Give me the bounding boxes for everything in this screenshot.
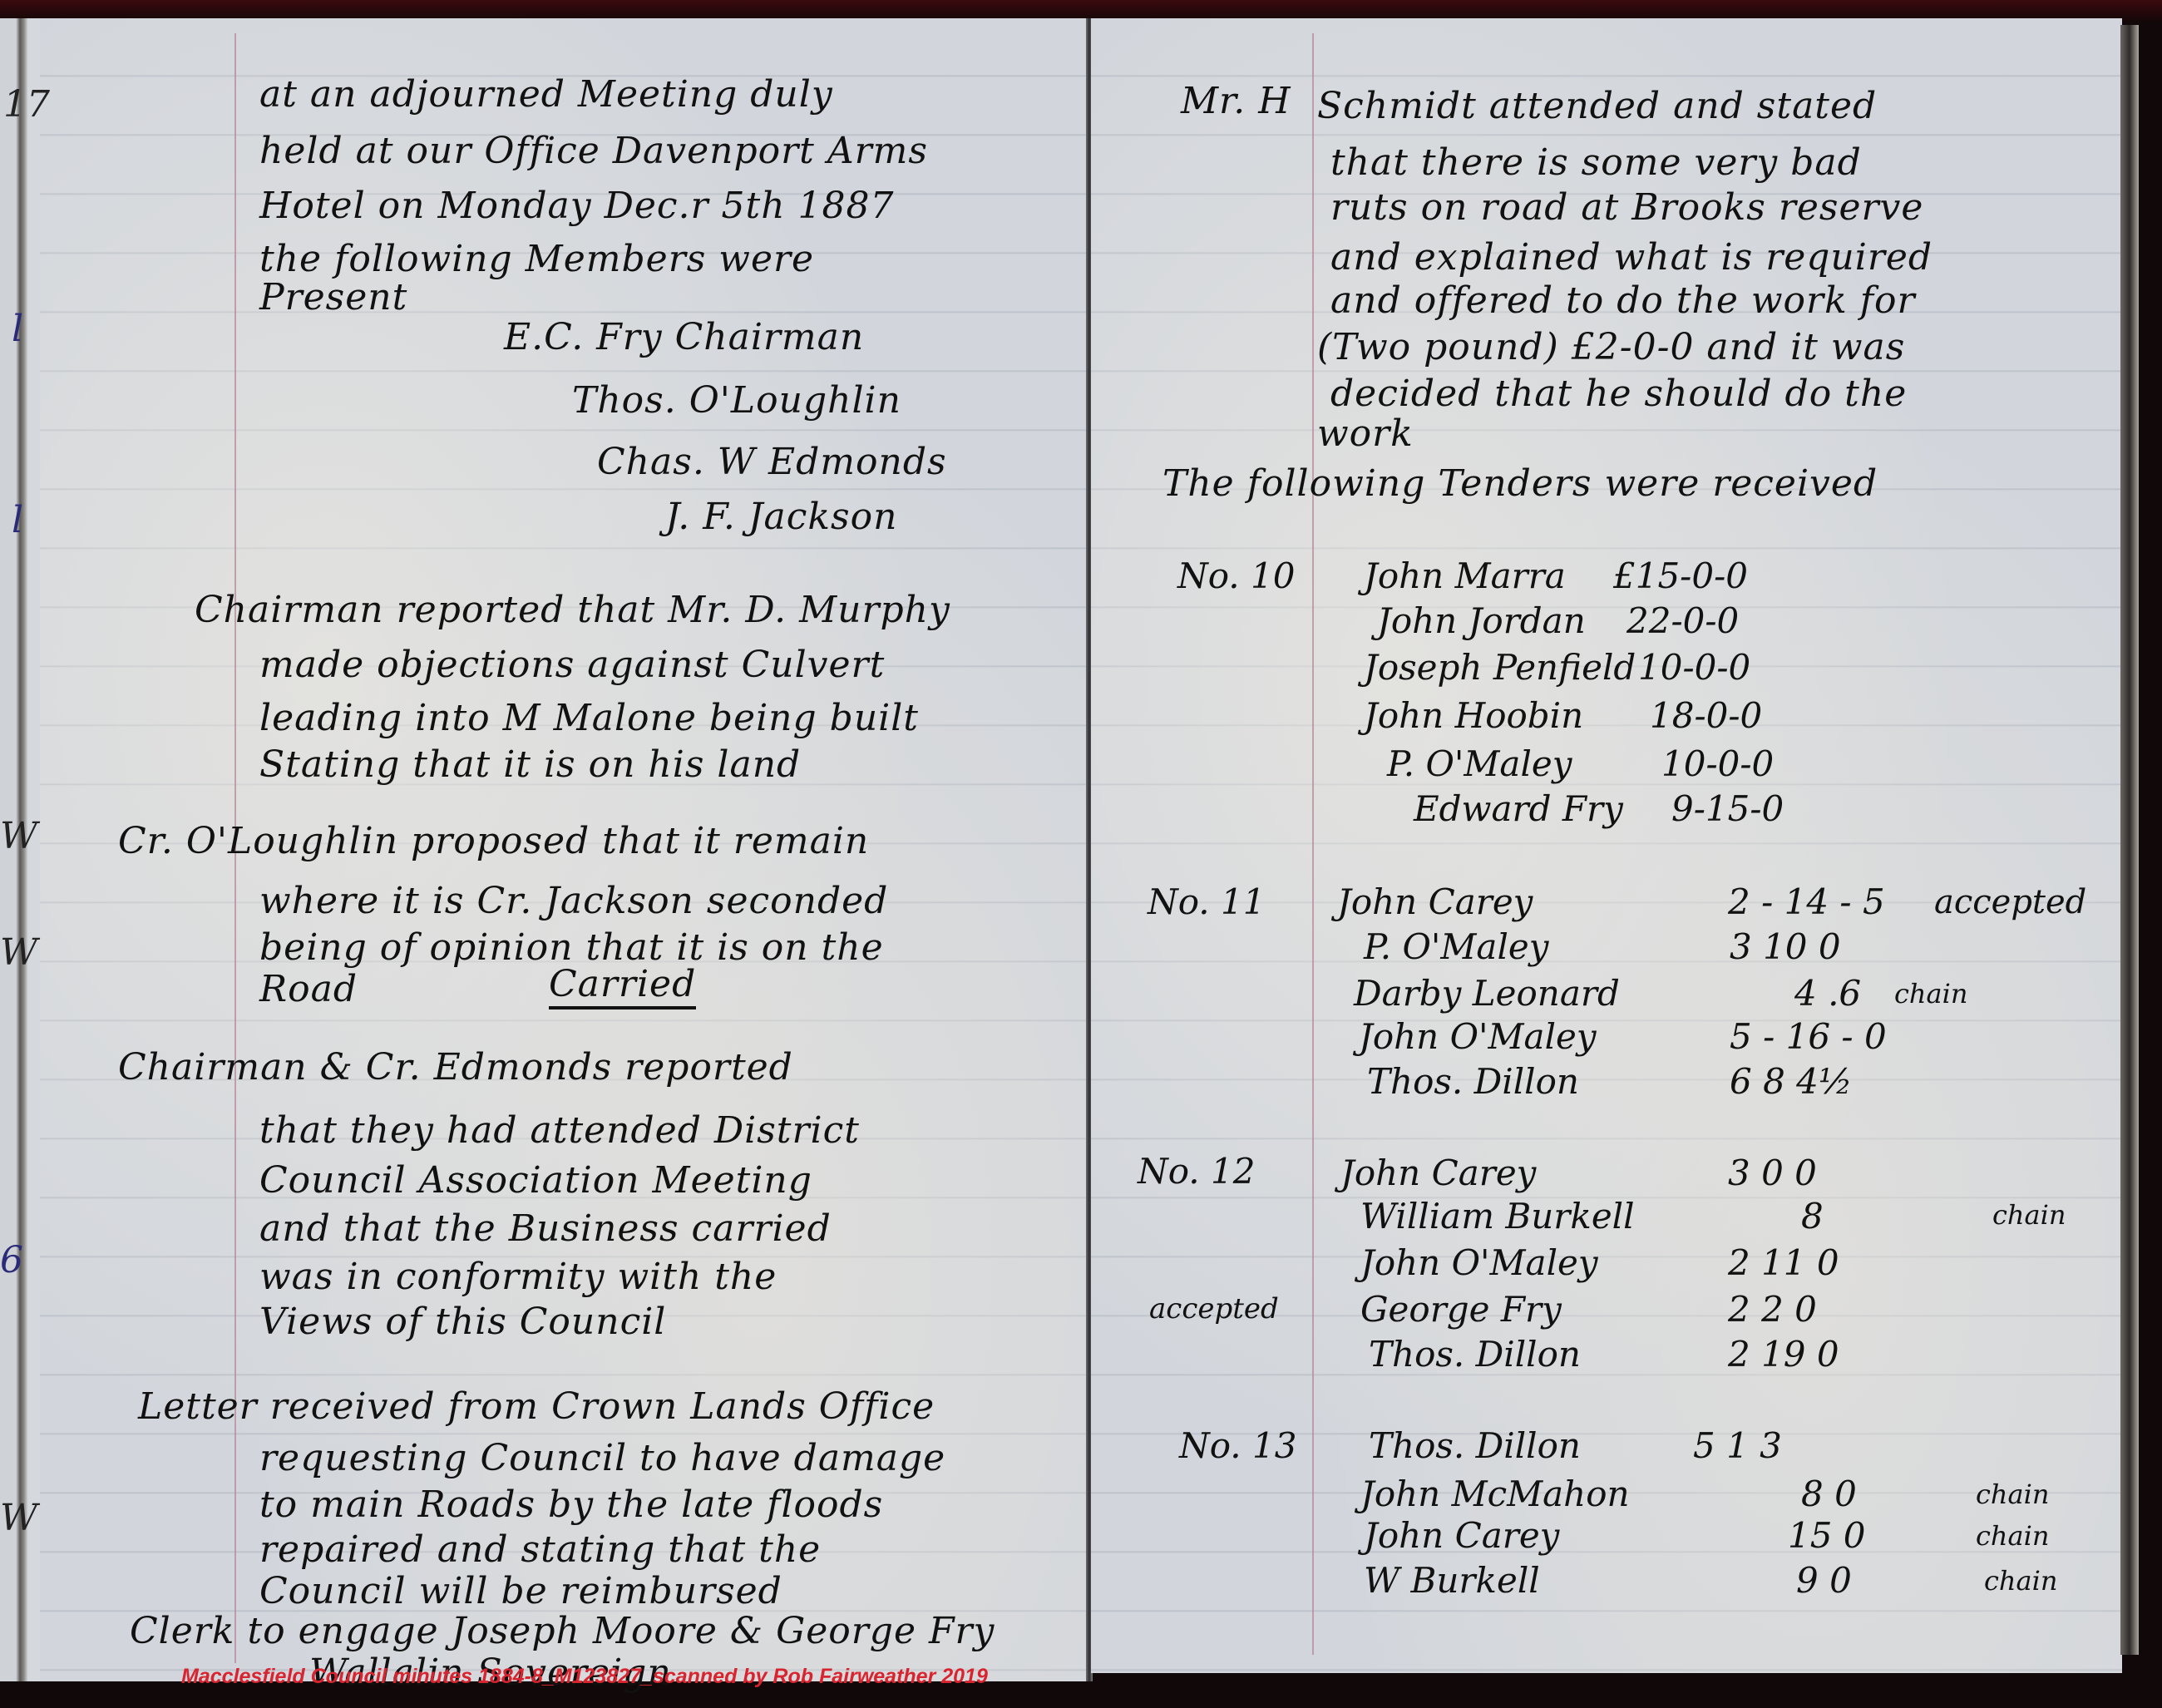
minute-margin-label: Mr. H: [1181, 83, 1291, 120]
tender-unit-note: chain: [1976, 1478, 2049, 1510]
tender-name: John Jordan: [1377, 600, 1586, 641]
minute-line: being of opinion that it is on the: [259, 930, 884, 966]
minute-line: Council will be reimbursed: [259, 1573, 782, 1610]
member-name: Chas. W Edmonds: [597, 444, 947, 481]
tender-name: John Hoobin: [1364, 695, 1583, 736]
minute-line: to main Roads by the late floods: [259, 1487, 883, 1523]
tender-name: W Burkell: [1364, 1560, 1540, 1601]
tender-amount: 2 2 0: [1728, 1289, 1817, 1330]
tender-name: Thos. Dillon: [1367, 1061, 1579, 1102]
minute-line: Cr. O'Loughlin proposed that it remain: [118, 823, 869, 860]
member-name: E.C. Fry Chairman: [504, 319, 864, 356]
tender-name: Darby Leonard: [1354, 973, 1620, 1014]
minute-line: that they had attended District: [259, 1113, 860, 1149]
tender-amount: 18-0-0: [1650, 695, 1762, 736]
tender-amount: 3 0 0: [1728, 1153, 1817, 1193]
minute-line: Chairman reported that Mr. D. Murphy: [195, 592, 950, 629]
minute-line: work: [1317, 416, 1414, 452]
tender-number: No. 12: [1138, 1151, 1255, 1192]
tender-name: John O'Maley: [1360, 1242, 1598, 1283]
tender-amount: 9-15-0: [1671, 788, 1784, 829]
minute-line: and offered to do the work for: [1330, 283, 1916, 319]
tender-amount: 6 8 4½: [1730, 1061, 1853, 1102]
tender-unit-note: chain: [1992, 1199, 2066, 1231]
member-name: Thos. O'Loughlin: [572, 383, 901, 419]
opening-line: the following Members were: [259, 241, 814, 278]
tender-unit-note: chain: [1976, 1520, 2049, 1552]
tender-amount: 2 - 14 - 5: [1728, 881, 1885, 922]
margin-stub: l: [12, 499, 23, 541]
tender-name: Thos. Dillon: [1369, 1425, 1581, 1466]
tender-amount: 8: [1801, 1196, 1824, 1237]
minute-line: Stating that it is on his land: [259, 747, 801, 783]
opening-line: at an adjourned Meeting duly: [259, 77, 833, 113]
tender-amount: 9 0: [1796, 1560, 1852, 1601]
tender-name: Thos. Dillon: [1369, 1334, 1581, 1375]
tender-number: No. 11: [1148, 881, 1265, 922]
opening-line: Hotel on Monday Dec.r 5th 1887: [259, 188, 895, 225]
minute-line: Letter received from Crown Lands Office: [138, 1389, 935, 1425]
minute-line: Council Association Meeting: [259, 1163, 812, 1199]
tender-number: No. 13: [1179, 1425, 1296, 1466]
minute-line: Road: [259, 971, 358, 1008]
tender-amount: 5 1 3: [1693, 1425, 1782, 1466]
tender-name: P. O'Maley: [1387, 743, 1572, 784]
opening-line: held at our Office Davenport Arms: [259, 133, 928, 170]
tender-name: John Carey: [1340, 1153, 1536, 1193]
margin-stub: W: [0, 1497, 37, 1539]
right-margin-rule: [1312, 33, 1314, 1655]
tender-unit-note: chain: [1984, 1565, 2057, 1597]
tender-name: Joseph Penfield: [1364, 647, 1636, 688]
minute-line: was in conformity with the: [259, 1259, 777, 1296]
minute-line: made objections against Culvert: [259, 647, 885, 684]
margin-stub: 17: [3, 83, 50, 126]
minute-line: requesting Council to have damage: [259, 1440, 945, 1477]
minute-line: leading into M Malone being built: [259, 700, 919, 737]
minute-line: Clerk to engage Joseph Moore & George Fr…: [130, 1613, 995, 1650]
minute-line: and explained what is required: [1330, 239, 1932, 276]
tender-name: John O'Maley: [1359, 1016, 1597, 1057]
minute-line: where it is Cr. Jackson seconded: [259, 883, 888, 920]
minute-line: decided that he should do the: [1330, 376, 1907, 412]
minute-line: repaired and stating that the: [259, 1532, 821, 1568]
opening-line: Present: [259, 279, 407, 316]
minute-line: Schmidt attended and stated: [1317, 88, 1877, 125]
tender-name: John McMahon: [1360, 1474, 1630, 1514]
tender-amount: 4 .6: [1794, 973, 1861, 1014]
tender-accepted-note: accepted: [1934, 883, 2086, 921]
tender-amount: 10-0-0: [1638, 647, 1750, 688]
member-name: J. F. Jackson: [665, 499, 897, 536]
minute-line: ruts on road at Brooks reserve: [1330, 190, 1923, 226]
tender-name: George Fry: [1360, 1289, 1562, 1330]
tender-amount: 5 - 16 - 0: [1730, 1016, 1887, 1057]
margin-stub: l: [12, 308, 23, 350]
tender-amount: 2 11 0: [1728, 1242, 1839, 1283]
tender-amount: 2 19 0: [1728, 1334, 1839, 1375]
tender-name: John Carey: [1364, 1515, 1559, 1556]
tenders-heading: The following Tenders were received: [1162, 466, 1878, 502]
scan-watermark: Macclesfield Council minutes 1884-8_M123…: [181, 1665, 988, 1689]
minute-line: Chairman & Cr. Edmonds reported: [118, 1049, 793, 1086]
margin-stub: 6: [0, 1239, 23, 1281]
margin-stub: W: [0, 931, 37, 974]
tender-amount: 8 0: [1801, 1474, 1857, 1514]
tender-name: William Burkell: [1360, 1196, 1635, 1237]
tender-name: John Marra: [1364, 555, 1566, 596]
tender-amount: £15-0-0: [1613, 555, 1748, 596]
minute-line: and that the Business carried: [259, 1211, 832, 1247]
minute-line: that there is some very bad: [1330, 145, 1862, 181]
margin-stub: W: [0, 815, 37, 857]
tender-amount: 3 10 0: [1730, 926, 1841, 967]
tender-amount: 22-0-0: [1626, 600, 1739, 641]
tender-amount: 10-0-0: [1661, 743, 1774, 784]
tender-accepted-margin-note: accepted: [1149, 1292, 1279, 1325]
minute-line: (Two pound) £2-0-0 and it was: [1317, 329, 1905, 366]
tender-amount: 15 0: [1788, 1515, 1866, 1556]
motion-carried-label: Carried: [549, 966, 696, 1009]
minute-line: Views of this Council: [259, 1304, 666, 1340]
tender-name: Edward Fry: [1414, 788, 1623, 829]
tender-number: No. 10: [1177, 555, 1295, 596]
tender-unit-note: chain: [1894, 978, 1967, 1009]
page-block-edge: [2120, 25, 2139, 1655]
tender-name: P. O'Maley: [1364, 926, 1549, 967]
tender-name: John Carey: [1337, 881, 1533, 922]
